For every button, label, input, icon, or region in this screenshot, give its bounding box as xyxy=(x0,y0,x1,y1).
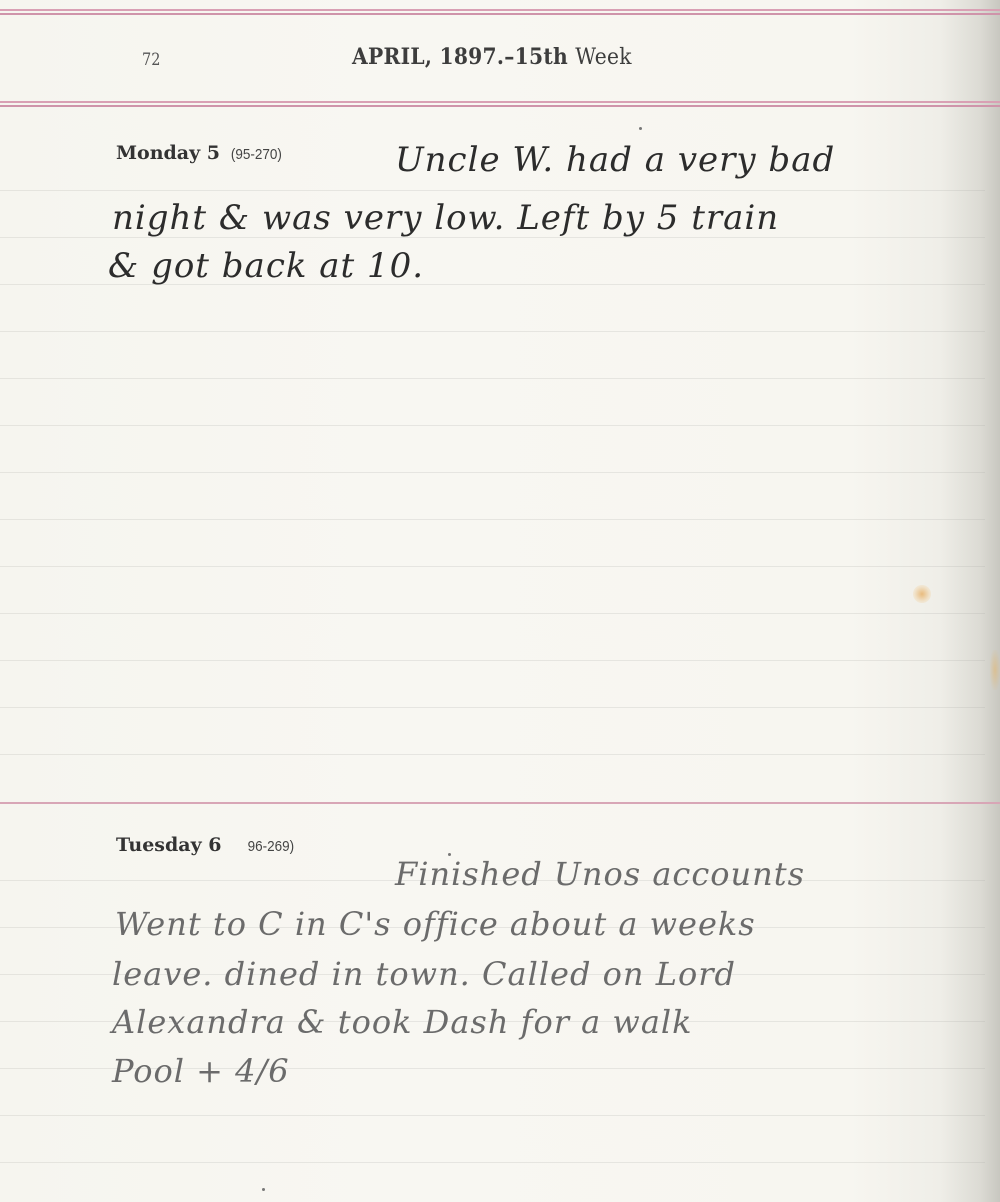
page-title-week: Week xyxy=(575,45,631,70)
handwriting-line: Went to C in C's office about a weeks xyxy=(115,905,756,943)
paper-stain xyxy=(990,650,1000,690)
ruled-line xyxy=(0,1162,985,1163)
ruled-line xyxy=(0,613,985,614)
ruled-line xyxy=(0,707,985,708)
ruled-line xyxy=(0,660,985,661)
ruled-line xyxy=(0,472,985,473)
ruled-line xyxy=(0,190,985,191)
ruled-line xyxy=(0,754,985,755)
handwriting-line: Finished Unos accounts xyxy=(395,855,805,893)
page-number: 72 xyxy=(142,50,160,70)
handwriting-line: night & was very low. Left by 5 train xyxy=(112,198,779,238)
day-count: (95-270) xyxy=(231,146,282,163)
handwriting-line: leave. dined in town. Called on Lord xyxy=(112,955,736,993)
day-heading-monday: Monday 5(95-270) xyxy=(116,142,285,164)
handwriting-line: Uncle W. had a very bad xyxy=(395,140,835,180)
page-title-date: APRIL, 1897.–15th xyxy=(352,44,568,70)
ruled-line xyxy=(0,378,985,379)
page-header: 72 APRIL, 1897.–15th Week xyxy=(0,42,1000,76)
day-heading-tuesday: Tuesday 696-269) xyxy=(116,834,297,856)
header-bottom-double-rule xyxy=(0,101,1000,108)
page-title: APRIL, 1897.–15th Week xyxy=(352,44,632,70)
ink-speck xyxy=(639,127,642,130)
handwriting-line: Alexandra & took Dash for a walk xyxy=(112,1003,693,1041)
paper-stain xyxy=(913,585,931,603)
ink-speck xyxy=(448,853,451,856)
ruled-line xyxy=(0,1115,985,1116)
day-label: Monday 5 xyxy=(116,142,220,164)
ruled-line xyxy=(0,425,985,426)
header-top-double-rule xyxy=(0,9,1000,16)
handwriting-line: Pool + 4/6 xyxy=(112,1052,290,1090)
diary-page: 72 APRIL, 1897.–15th Week Monday 5(95-27… xyxy=(0,0,1000,1202)
ink-speck xyxy=(262,1188,265,1191)
handwriting-line: & got back at 10. xyxy=(108,246,424,286)
ruled-line xyxy=(0,519,985,520)
day-count: 96-269) xyxy=(248,838,295,855)
day-divider-rule xyxy=(0,802,1000,804)
ruled-line xyxy=(0,331,985,332)
ruled-line xyxy=(0,566,985,567)
day-label: Tuesday 6 xyxy=(116,834,221,856)
